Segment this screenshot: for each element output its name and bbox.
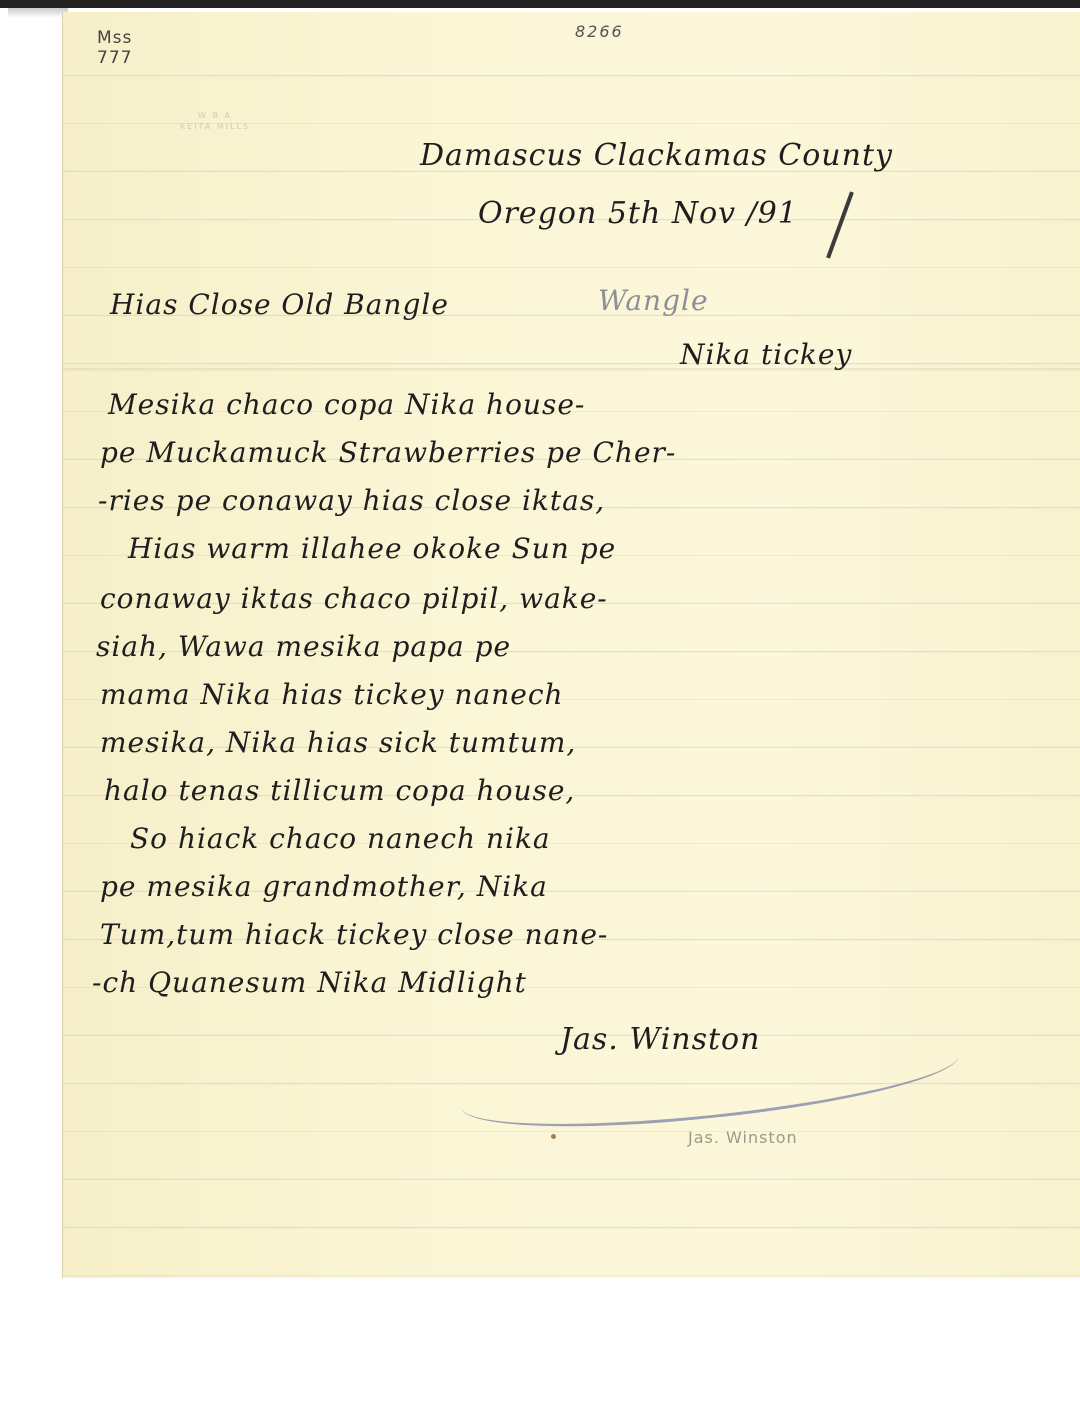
paper-fold-crease (63, 368, 1080, 372)
body-line-8: mama Nika hias tickey nanech (100, 678, 564, 711)
archive-mark: Mss 777 (97, 28, 132, 68)
body-line-3: pe Muckamuck Strawberries pe Cher- (100, 436, 676, 469)
body-line-7: siah, Wawa mesika papa pe (96, 630, 511, 663)
salutation: Hias Close Old Bangle (110, 288, 449, 321)
watermark-line-1: W B A (175, 110, 255, 121)
archive-mark-line-1: Mss (97, 28, 132, 48)
heading-place-line-2: Oregon 5th Nov /91 (478, 196, 798, 231)
body-line-14: -ch Quanesum Nika Midlight (92, 966, 527, 999)
body-line-2: Mesika chaco copa Nika house- (108, 388, 585, 421)
watermark-line-2: KEITA MILLS (175, 121, 255, 132)
paper-watermark: W B A KEITA MILLS (175, 110, 255, 132)
body-line-12: pe mesika grandmother, Nika (100, 870, 548, 903)
salutation-faded-addition: Wangle (598, 284, 709, 317)
ink-spot (551, 1134, 556, 1139)
catalog-number: 8266 (575, 22, 624, 41)
top-bar (0, 0, 1080, 8)
body-line-1: Nika tickey (680, 338, 852, 371)
body-line-10: halo tenas tillicum copa house, (104, 774, 575, 807)
body-line-9: mesika, Nika hias sick tumtum, (100, 726, 576, 759)
page-shadow (8, 8, 68, 18)
body-line-6: conaway iktas chaco pilpil, wake- (100, 582, 608, 615)
archive-mark-line-2: 777 (97, 48, 132, 68)
body-line-13: Tum,tum hiack tickey close nane- (100, 918, 608, 951)
body-line-5: Hias warm illahee okoke Sun pe (128, 532, 616, 565)
heading-place-line-1: Damascus Clackamas County (420, 138, 893, 173)
pencil-annotation: Jas. Winston (688, 1128, 798, 1147)
body-line-11: So hiack chaco nanech nika (130, 822, 551, 855)
body-line-4: -ries pe conaway hias close iktas, (98, 484, 605, 517)
